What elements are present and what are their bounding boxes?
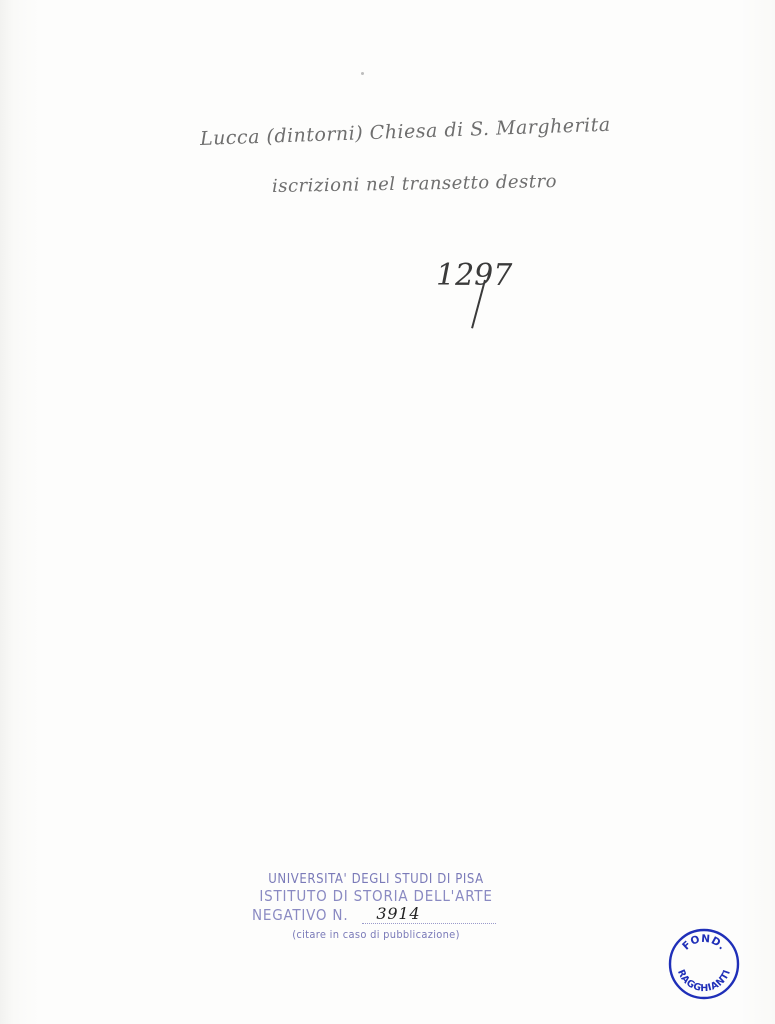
handwritten-catalog-number: 1297: [436, 258, 512, 293]
negative-label: NEGATIVO N.: [252, 906, 348, 924]
stamp-university: UNIVERSITA' DEGLI STUDI DI PISA: [246, 871, 506, 888]
paper-speck: [361, 72, 364, 75]
fondazione-ragghianti-stamp-icon: FOND. RAGGHIANTI: [668, 928, 740, 1000]
stamp-institute: ISTITUTO DI STORIA DELL'ARTE: [246, 888, 506, 905]
stamp-negative-row: NEGATIVO N. 3914: [246, 905, 506, 924]
stamp-citation-note: (citare in caso di pubblicazione): [246, 928, 506, 941]
archive-card: Lucca (dintorni) Chiesa di S. Margherita…: [0, 0, 775, 1024]
negative-number: 3914: [362, 905, 496, 924]
handwritten-location-line: Lucca (dintorni) Chiesa di S. Margherita: [200, 114, 611, 150]
institute-stamp: UNIVERSITA' DEGLI STUDI DI PISA ISTITUTO…: [246, 871, 506, 941]
handwritten-subject-line: iscrizioni nel transetto destro: [272, 171, 557, 197]
